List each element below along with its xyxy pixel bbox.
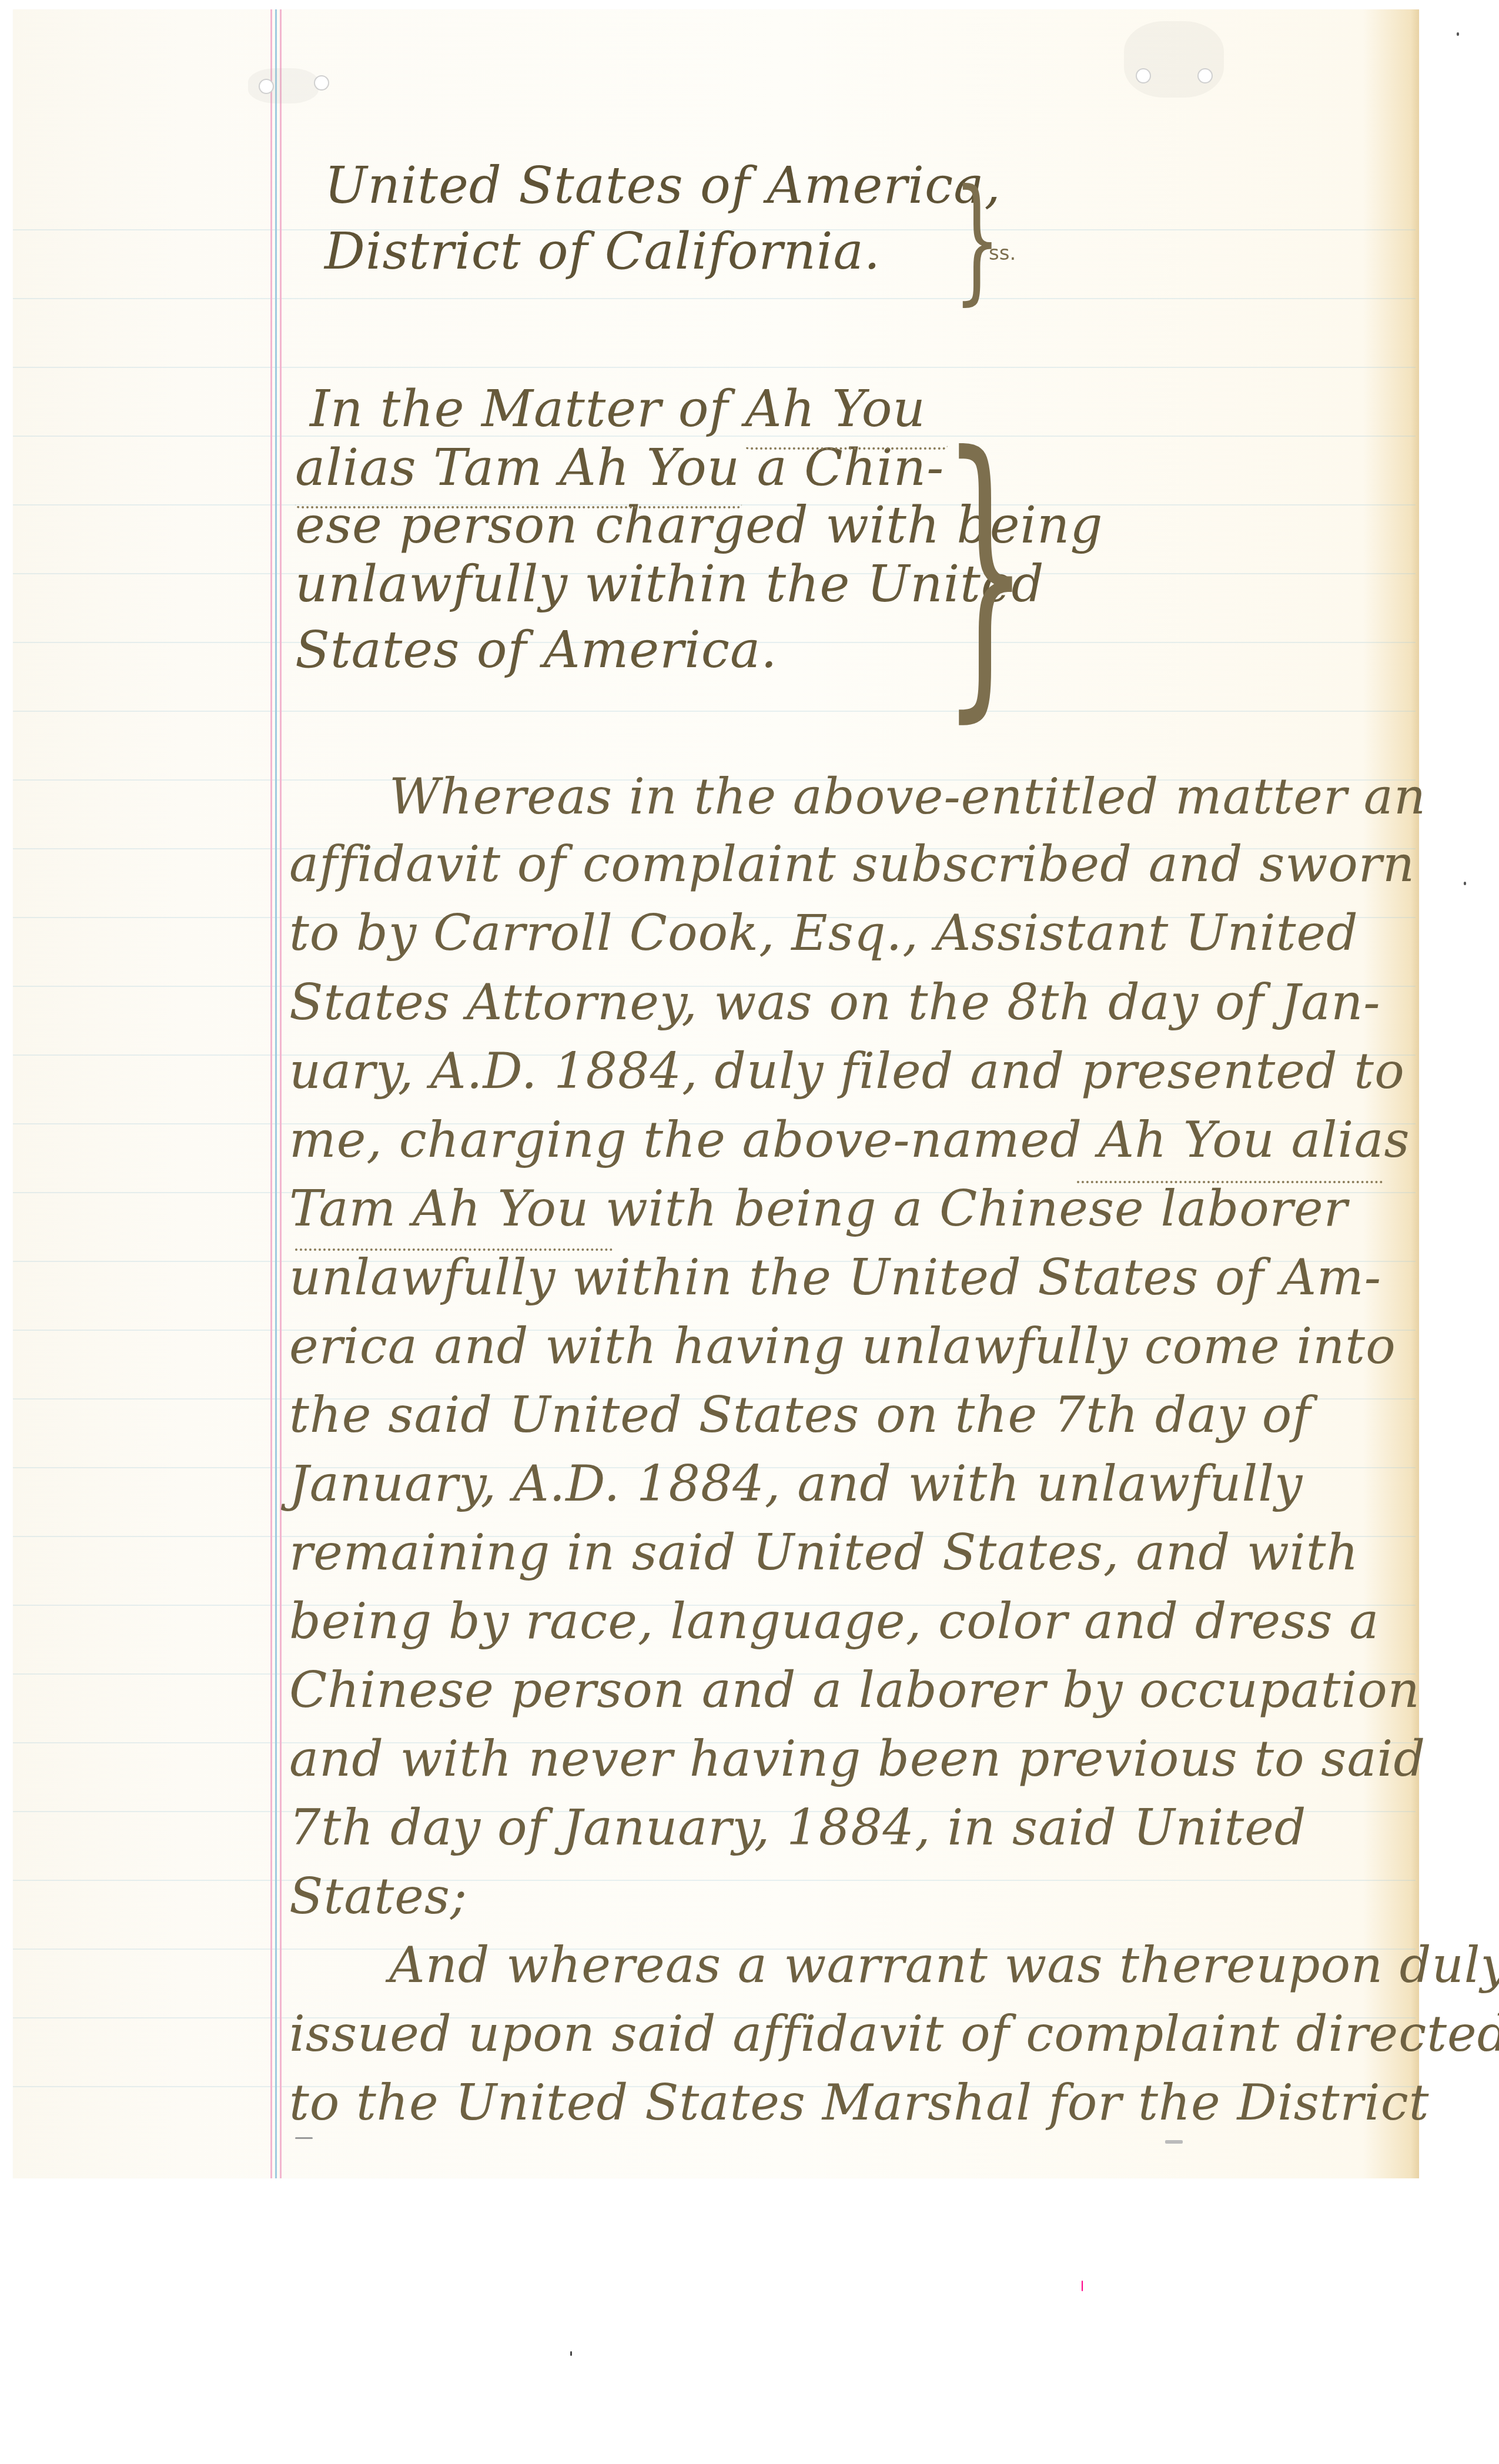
name-underline <box>745 441 948 450</box>
venue-line-1: United States of America, <box>324 156 1001 215</box>
body-line: unlawfully within the United States of A… <box>289 1248 1381 1306</box>
body-line: affidavit of complaint subscribed and sw… <box>289 835 1415 893</box>
ink-mark <box>1165 2140 1183 2144</box>
body-line: Chinese person and a laborer by occupati… <box>289 1661 1420 1719</box>
ruled-line <box>13 298 1416 299</box>
body-line: January, A.D. 1884, and with unlawfully <box>289 1455 1303 1512</box>
scan-speck <box>1082 2281 1083 2291</box>
smudge <box>1124 21 1224 98</box>
caption-brace-icon: } <box>942 391 1029 748</box>
body-line: and with never having been previous to s… <box>289 1730 1426 1787</box>
scan-speck <box>570 2351 572 2356</box>
punch-hole <box>259 79 274 94</box>
body-line: remaining in said United States, and wit… <box>289 1524 1359 1581</box>
scan-speck <box>1457 32 1459 36</box>
brace-icon: } <box>953 161 1001 318</box>
name-underline <box>1077 1176 1383 1183</box>
body-line: States; <box>289 1867 467 1925</box>
ruled-line <box>13 367 1416 368</box>
punch-hole <box>1136 68 1151 83</box>
margin-line-blue <box>275 9 277 2178</box>
caption-line: unlawfully within the United <box>295 555 1045 614</box>
caption-line: In the Matter of Ah You <box>310 380 926 438</box>
body-line: me, charging the above-named Ah You alia… <box>289 1111 1410 1169</box>
body-line: issued upon said affidavit of complaint … <box>289 2005 1499 2063</box>
ruled-line <box>13 711 1416 712</box>
ruled-line <box>13 1880 1416 1881</box>
punch-hole <box>1197 68 1213 83</box>
punch-hole <box>314 75 329 91</box>
body-line: to by Carroll Cook, Esq., Assistant Unit… <box>289 904 1359 962</box>
ss-mark: ss. <box>989 242 1016 265</box>
name-underline <box>295 1244 613 1251</box>
venue-line-2: District of California. <box>324 222 881 281</box>
body-line: Tam Ah You with being a Chinese laborer <box>289 1180 1348 1237</box>
body-line: Whereas in the above-entitled matter an <box>389 768 1426 825</box>
ink-mark <box>295 2137 313 2139</box>
body-line: States Attorney, was on the 8th day of J… <box>289 973 1381 1031</box>
body-line: to the United States Marshal for the Dis… <box>289 2074 1429 2131</box>
body-line: uary, A.D. 1884, duly filed and presente… <box>289 1042 1405 1100</box>
caption-line: States of America. <box>295 621 778 679</box>
name-underline <box>295 500 742 508</box>
body-line: the said United States on the 7th day of <box>289 1386 1311 1444</box>
body-line: being by race, language, color and dress… <box>289 1592 1379 1650</box>
body-line: 7th day of January, 1884, in said United <box>289 1799 1307 1856</box>
body-line: And whereas a warrant was thereupon duly <box>389 1936 1499 1994</box>
body-line: erica and with having unlawfully come in… <box>289 1317 1396 1375</box>
margin-line-pink <box>280 9 282 2178</box>
scan-speck <box>1464 882 1466 885</box>
margin-line-pink <box>270 9 272 2178</box>
document-page: United States of America, District of Ca… <box>13 9 1419 2178</box>
